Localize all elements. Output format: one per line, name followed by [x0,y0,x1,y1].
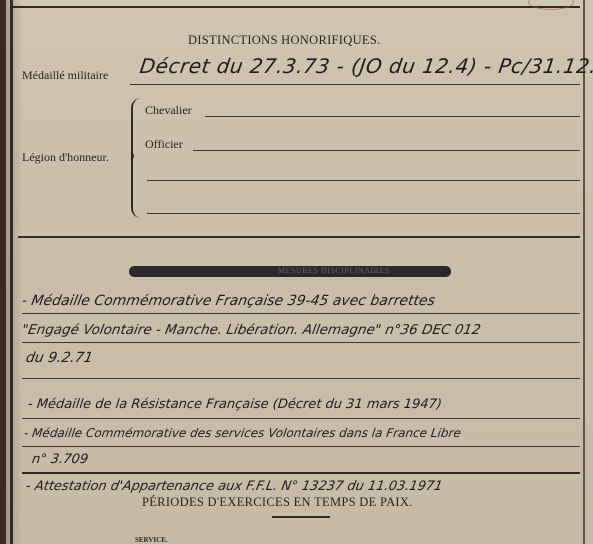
section-title-periodes: PÉRIODES D'EXERCICES EN TEMPS DE PAIX. [142,495,413,510]
section-title-distinctions: DISTINCTIONS HONORIFIQUES. [188,33,381,48]
section-divider [18,236,580,238]
medaille-militaire-value: Décret du 27.3.73 - (JO du 12.4) - Pc/31… [138,54,593,78]
redacted-section-title: MESURES DISCIPLINAIRES [278,266,390,275]
entry-line-1 [22,313,580,314]
left-border [10,0,13,544]
entry-line-3 [22,378,580,379]
legion-brace-tip [126,152,134,160]
right-border [583,0,585,544]
entry-numero: n° 3.709 [31,452,89,467]
entry-line-5 [22,446,580,447]
legion-blank-line-2 [147,213,580,214]
top-rule [10,6,580,8]
entry-line-2 [22,342,580,343]
entry-engage-volontaire: "Engagé Volontaire - Manche. Libération.… [21,322,482,338]
entry-date: du 9.2.71 [25,350,95,366]
medaille-militaire-label: Médaillé militaire [22,68,108,83]
medaille-militaire-line [130,84,580,85]
chevalier-label: Chevalier [145,103,192,118]
legion-honneur-label: Légion d'honneur. [22,150,109,165]
entry-medaille-resistance: - Médaille de la Résistance Française (D… [27,397,442,412]
entry-line-4 [22,418,580,419]
entry-divider [22,472,580,474]
officier-line [193,150,580,151]
chevalier-line [205,116,580,117]
legion-blank-line-1 [147,180,580,181]
service-column-header: SERVICE. [135,536,168,544]
entry-medaille-commemorative: - Médaille Commémorative Française 39-45… [21,293,437,309]
section-title-underline [272,516,330,518]
entry-attestation-ffl: - Attestation d'Appartenance aux F.F.L. … [25,479,444,494]
officier-label: Officier [145,137,183,152]
entry-medaille-services-volontaires: - Médaille Commémorative des services Vo… [23,426,462,440]
